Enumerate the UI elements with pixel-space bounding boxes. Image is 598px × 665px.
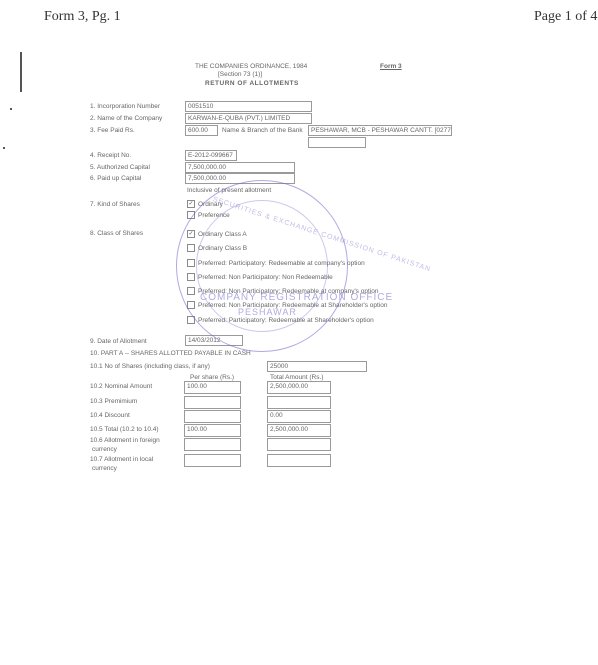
no-of-shares-label: 10.1 No of Shares (including class, if a… [90,363,210,370]
fee-paid-label: 3. Fee Paid Rs. [90,127,135,134]
paid-up-capital-label: 6. Paid up Capital [90,175,141,182]
ordinance-title: THE COMPANIES ORDINANCE, 1984 [195,63,307,70]
checkbox-ordinary-class-a[interactable]: ✓ [187,230,195,238]
date-of-allotment-field[interactable]: 14/03/2012 [185,335,243,346]
option-ordinary-class-b-label: Ordinary Class B [198,245,247,252]
discount-per-share-field[interactable] [184,410,241,423]
premium-total-field[interactable] [267,396,331,409]
col-total-header: Total Amount (Rs.) [270,374,323,381]
checkbox-ordinary[interactable]: ✓ [187,200,195,208]
incorporation-number-label: 1. Incorporation Number [90,103,160,110]
option-pref-part-redeem-company-label: Preferred: Participatory: Redeemable at … [198,260,365,267]
margin-dot [3,147,5,149]
inclusive-note: Inclusive of present allotment [187,187,271,194]
option-pref-nonpart-redeem-shareholder-label: Preferred: Non Participatory: Redeemable… [198,302,387,309]
option-pref-part-redeem-shareholder-label: Preferred: Participatory: Redeemable at … [198,317,374,324]
local-total-field[interactable] [267,454,331,467]
bank-field[interactable]: PESHAWAR, MCB - PESHAWAR CANTT. [0277] [308,125,452,136]
premium-per-share-field[interactable] [184,396,241,409]
page-header-left: Form 3, Pg. 1 [44,9,121,25]
discount-total-field[interactable]: 0.00 [267,410,331,423]
option-ordinary-class-a-label: Ordinary Class A [198,231,247,238]
checkbox-pref-part-redeem-company[interactable] [187,259,195,267]
margin-mark [20,52,22,92]
checkbox-pref-nonpart-redeem-shareholder[interactable] [187,301,195,309]
option-pref-nonpart-redeem-company-label: Preferred: Non Participatory: Redeemable… [198,288,378,295]
foreign-per-share-field[interactable] [184,438,241,451]
receipt-no-field[interactable]: E-2012-099667 [185,150,237,161]
total-total-field[interactable]: 2,500,000.00 [267,424,331,437]
date-of-allotment-label: 9. Date of Allotment [90,338,147,345]
receipt-no-label: 4. Receipt No. [90,152,131,159]
class-of-shares-label: 8. Class of Shares [90,230,143,237]
row-label: 10.4 Discount [90,412,130,419]
company-name-field[interactable]: KARWAN-E-QUBA (PVT.) LIMITED [185,113,312,124]
part-a-title: 10. PART A -- SHARES ALLOTTED PAYABLE IN… [90,350,251,357]
section-reference: [Section 73 (1)] [218,71,262,78]
incorporation-number-field[interactable]: 0051510 [185,101,312,112]
nominal-per-share-field[interactable]: 100.00 [184,381,241,394]
authorized-capital-field[interactable]: 7,500,000.00 [185,162,295,173]
row-label: 10.6 Allotment in foreign [90,437,160,444]
form-label-link[interactable]: Form 3 [380,63,402,70]
kind-of-shares-label: 7. Kind of Shares [90,201,140,208]
row-label: 10.2 Nominal Amount [90,383,152,390]
margin-dot [10,108,12,110]
col-per-share-header: Per share (Rs.) [190,374,234,381]
local-per-share-field[interactable] [184,454,241,467]
row-label-line2: currency [92,446,117,453]
checkbox-pref-nonpart-redeem-company[interactable] [187,287,195,295]
bank-label: Name & Branch of the Bank [222,127,303,134]
row-label: 10.7 Allotment in local [90,456,153,463]
page-header-right: Page 1 of 4 [534,9,597,25]
checkbox-ordinary-class-b[interactable] [187,244,195,252]
checkbox-pref-part-redeem-shareholder[interactable] [187,316,195,324]
nominal-total-field[interactable]: 2,500,000.00 [267,381,331,394]
company-name-label: 2. Name of the Company [90,115,162,122]
option-preference-label: Preference [198,212,230,219]
checkbox-pref-nonpart-nonredeem[interactable] [187,273,195,281]
fee-paid-field[interactable]: 600.00 [185,125,218,136]
option-pref-nonpart-nonredeem-label: Preferred: Non Participatory: Non Redeem… [198,274,333,281]
checkbox-preference[interactable] [187,211,195,219]
row-label: 10.3 Premimium [90,398,137,405]
row-label: 10.5 Total (10.2 to 10.4) [90,426,159,433]
total-per-share-field[interactable]: 100.00 [184,424,241,437]
form-heading: RETURN OF ALLOTMENTS [205,80,299,87]
row-label-line2: currency [92,465,117,472]
authorized-capital-label: 5. Authorized Capital [90,164,150,171]
no-of-shares-field[interactable]: 25000 [267,361,367,372]
foreign-total-field[interactable] [267,438,331,451]
option-ordinary-label: Ordinary [198,201,223,208]
bank-field-2[interactable] [308,137,366,148]
paid-up-capital-field[interactable]: 7,500,000.00 [185,173,295,184]
